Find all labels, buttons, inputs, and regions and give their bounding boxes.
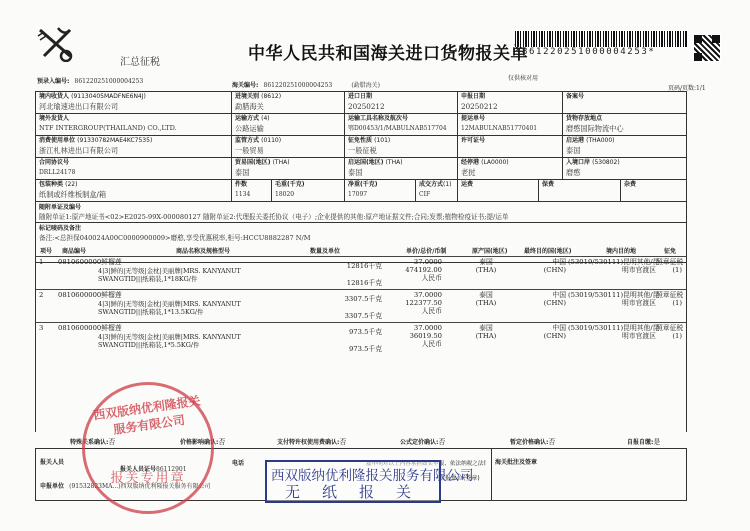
item-levy-code: (1) <box>656 332 682 340</box>
field-license-no: 许可证号 <box>458 136 563 157</box>
paperless-declaration-stamp: 西双版纳优利隆报关服务有限公司 无纸报关 <box>265 460 441 503</box>
item-domestic-dest-2: 明市官渡区 <box>596 266 656 274</box>
field-gross-weight: 毛重(千克) 18020 <box>272 180 345 201</box>
field-freight: 运费 <box>458 180 539 201</box>
item-spec-line1: 4|3|鲜的|无等级|金枕|美丽牌|MRS. KANYANUT <box>98 333 241 341</box>
item-dest-code: (CHN) <box>526 332 566 340</box>
field-entry-port: 入境口岸 (530802) 磨憨 <box>563 158 686 179</box>
customs-sign-label: 海关批注及签章 <box>495 457 537 466</box>
confirm-self-declare: 自报自缴:是 <box>627 437 660 447</box>
customs-declaration-form: 汇总征税 中华人民共和国海关进口货物报关单 *86122025100000425… <box>0 0 750 531</box>
item-unit-price: 37.0000 <box>396 324 442 332</box>
field-supervision-mode: 监管方式 (0110) 一般贸易 <box>232 136 345 157</box>
declaration-grid: 境内收货人 (91130405MADFNE6N4J) 河北瑜速进出口有限公司 进… <box>35 91 687 263</box>
item-total-price: 122377.50 <box>386 299 442 307</box>
item-domestic-dest: (53019/530111)昆明其他/昆 <box>568 324 659 332</box>
item-no: 2 <box>39 291 43 299</box>
item-total-price: 474192.00 <box>386 266 442 274</box>
field-contract-no: 合同协议号 DRLL24178 <box>36 158 232 179</box>
item-qty-legal: 3307.5千克 <box>316 295 382 303</box>
field-consumer-unit: 消费使用单位 (91330782MAE4KC7535) 浙江札林进出口有限公司 <box>36 136 232 157</box>
field-origin-country: 启运国(地区) (THA) 泰国 <box>345 158 458 179</box>
item-qty-legal: 973.5千克 <box>316 328 382 336</box>
item-currency: 人民币 <box>396 340 442 348</box>
goods-header-name: 商品名称及规格型号 <box>176 246 230 255</box>
item-dest: 中国 <box>526 258 566 266</box>
tax-mode: 汇总征税 <box>120 53 160 68</box>
field-transit-port: 经停港 (LA0000) 老挝 <box>458 158 563 179</box>
item-levy: 照章征税 <box>656 324 683 332</box>
item-dest-code: (CHN) <box>526 266 566 274</box>
field-bill-no: 提运单号 12MABULNAB51770401 <box>458 114 563 135</box>
item-hs-name: 0810600000鲜榴莲 <box>58 324 122 332</box>
field-insurance: 保费 <box>539 180 621 201</box>
qr-code-icon <box>693 34 721 62</box>
goods-header-no: 项号 <box>40 246 52 255</box>
item-qty-declared: 973.5千克 <box>316 345 382 353</box>
item-no: 1 <box>39 258 43 266</box>
item-origin: 泰国 <box>466 258 506 266</box>
goods-row: 20810600000鲜榴莲4|3|鲜的|无等级|金枕|美丽牌|MRS. KAN… <box>36 291 686 324</box>
item-qty-legal: 12816千克 <box>316 262 382 270</box>
pre-entry-number: 预录入编号: 861220251000004253 <box>37 68 143 87</box>
phone-label: 电话 <box>232 458 244 467</box>
goods-header-domestic: 境内目的地 <box>606 246 636 255</box>
item-spec-line2: SWANGTID|||纸箱装,1*13.5KG/件 <box>98 308 203 316</box>
customs-emblem-icon <box>36 26 76 62</box>
field-record-no: 备案号 <box>563 92 686 113</box>
item-domestic-dest: (53019/530111)昆明其他/昆 <box>568 258 659 266</box>
confirm-royalty: 支付特许权使用费确认:否 <box>277 437 346 447</box>
item-currency: 人民币 <box>396 274 442 282</box>
field-import-date: 进口日期 20250212 <box>345 92 458 113</box>
goods-header-qty: 数量及单位 <box>310 246 340 255</box>
item-levy: 照章征税 <box>656 291 683 299</box>
item-currency: 人民币 <box>396 307 442 315</box>
item-dest: 中国 <box>526 324 566 332</box>
item-origin-code: (THA) <box>466 332 506 340</box>
item-dest-code: (CHN) <box>526 299 566 307</box>
item-origin-code: (THA) <box>466 299 506 307</box>
goods-header-hs: 商品编号 <box>62 246 86 255</box>
customs-number: 海关编号: 861220251000004253 (勐腊海关) <box>232 72 380 91</box>
field-consignee: 境内收货人 (91130405MADFNE6N4J) 河北瑜速进出口有限公司 <box>36 92 232 113</box>
item-total-price: 36019.50 <box>386 332 442 340</box>
field-trade-country: 贸易国(地区) (THA) 泰国 <box>232 158 345 179</box>
field-net-weight: 净重(千克) 17097 <box>345 180 416 201</box>
item-levy-code: (1) <box>656 299 682 307</box>
page-title: 中华人民共和国海关进口货物报关单 <box>248 39 528 64</box>
item-origin: 泰国 <box>466 324 506 332</box>
item-unit-price: 37.0000 <box>396 291 442 299</box>
barcode <box>515 31 687 47</box>
item-hs-name: 0810600000鲜榴莲 <box>58 258 122 266</box>
field-storage-place: 货物存放地点 磨憨国际物流中心 <box>563 114 686 135</box>
goods-row: 10810600000鲜榴莲4|3|鲜的|无等级|金枕|美丽牌|MRS. KAN… <box>36 258 686 291</box>
field-transport-name: 运输工具名称及航次号 鄂D00453/1/MABULNAB517704 <box>345 114 458 135</box>
item-origin: 泰国 <box>466 291 506 299</box>
item-levy: 照章征税 <box>656 258 683 266</box>
field-package-type: 包装种类 (22) 纸制或纤维板制盒/箱 <box>36 180 232 201</box>
for-check-only: 仅供核对用 <box>508 73 538 82</box>
goods-header-levy: 征免 <box>664 246 676 255</box>
item-unit-price: 37.0000 <box>396 258 442 266</box>
customs-broker-seal: 西双版纳优利隆报关服务有限公司 报关专用章 <box>82 382 214 514</box>
confirm-formula-pricing: 公式定价确认:否 <box>400 437 445 447</box>
field-pieces: 件数 1134 <box>232 180 272 201</box>
item-spec-line1: 4|3|鲜的|无等级|金枕|美丽牌|MRS. KANYANUT <box>98 300 241 308</box>
field-misc: 杂费 <box>621 180 686 201</box>
item-spec-line2: SWANGTID|||纸箱装,1*5.5KG/件 <box>98 341 199 349</box>
field-declare-date: 申报日期 20250212 <box>458 92 563 113</box>
item-spec-line1: 4|3|鲜的|无等级|金枕|美丽牌|MRS. KANYANUT <box>98 267 241 275</box>
item-origin-code: (THA) <box>466 266 506 274</box>
goods-header-dest: 最终目的国(地区) <box>524 246 572 255</box>
item-dest: 中国 <box>526 291 566 299</box>
item-levy-code: (1) <box>656 266 682 274</box>
goods-row: 30810600000鲜榴莲4|3|鲜的|无等级|金枕|美丽牌|MRS. KAN… <box>36 324 686 357</box>
item-qty-declared: 3307.5千克 <box>316 312 382 320</box>
field-entry-customs: 进境关别 (8612) 勐腊海关 <box>232 92 345 113</box>
item-domestic-dest-2: 明市官渡区 <box>596 299 656 307</box>
item-domestic-dest: (53019/530111)昆明其他/昆 <box>568 291 659 299</box>
barcode-text: *861220251000004253* <box>515 47 655 57</box>
field-deal-mode: 成交方式(1) CIF <box>416 180 458 201</box>
item-no: 3 <box>39 324 43 332</box>
field-overseas-shipper: 境外发货人 NTF INTERGROUP(THAILAND) CO.,LTD. <box>36 114 232 135</box>
item-spec-line2: SWANGTID|||纸箱装,1*18KG/件 <box>98 275 197 283</box>
confirm-provisional-price: 暂定价格确认:否 <box>510 437 555 447</box>
field-transport-mode: 运输方式 (4) 公路运输 <box>232 114 345 135</box>
item-hs-name: 0810600000鲜榴莲 <box>58 291 122 299</box>
item-qty-declared: 12816千克 <box>316 279 382 287</box>
goods-header-price: 单价/总价/币制 <box>406 246 446 255</box>
field-departure-port: 启运港 (THA000) 泰国 <box>563 136 686 157</box>
item-domestic-dest-2: 明市官渡区 <box>596 332 656 340</box>
field-documents: 随附单证及编号 随附单证1:原产地证书<02>E2025-99X-0000801… <box>36 202 686 223</box>
goods-header-origin: 原产国(地区) <box>472 246 508 255</box>
field-levy-nature: 征免性质 (101) 一般征税 <box>345 136 458 157</box>
declarant-label: 报关人员 <box>40 457 64 466</box>
